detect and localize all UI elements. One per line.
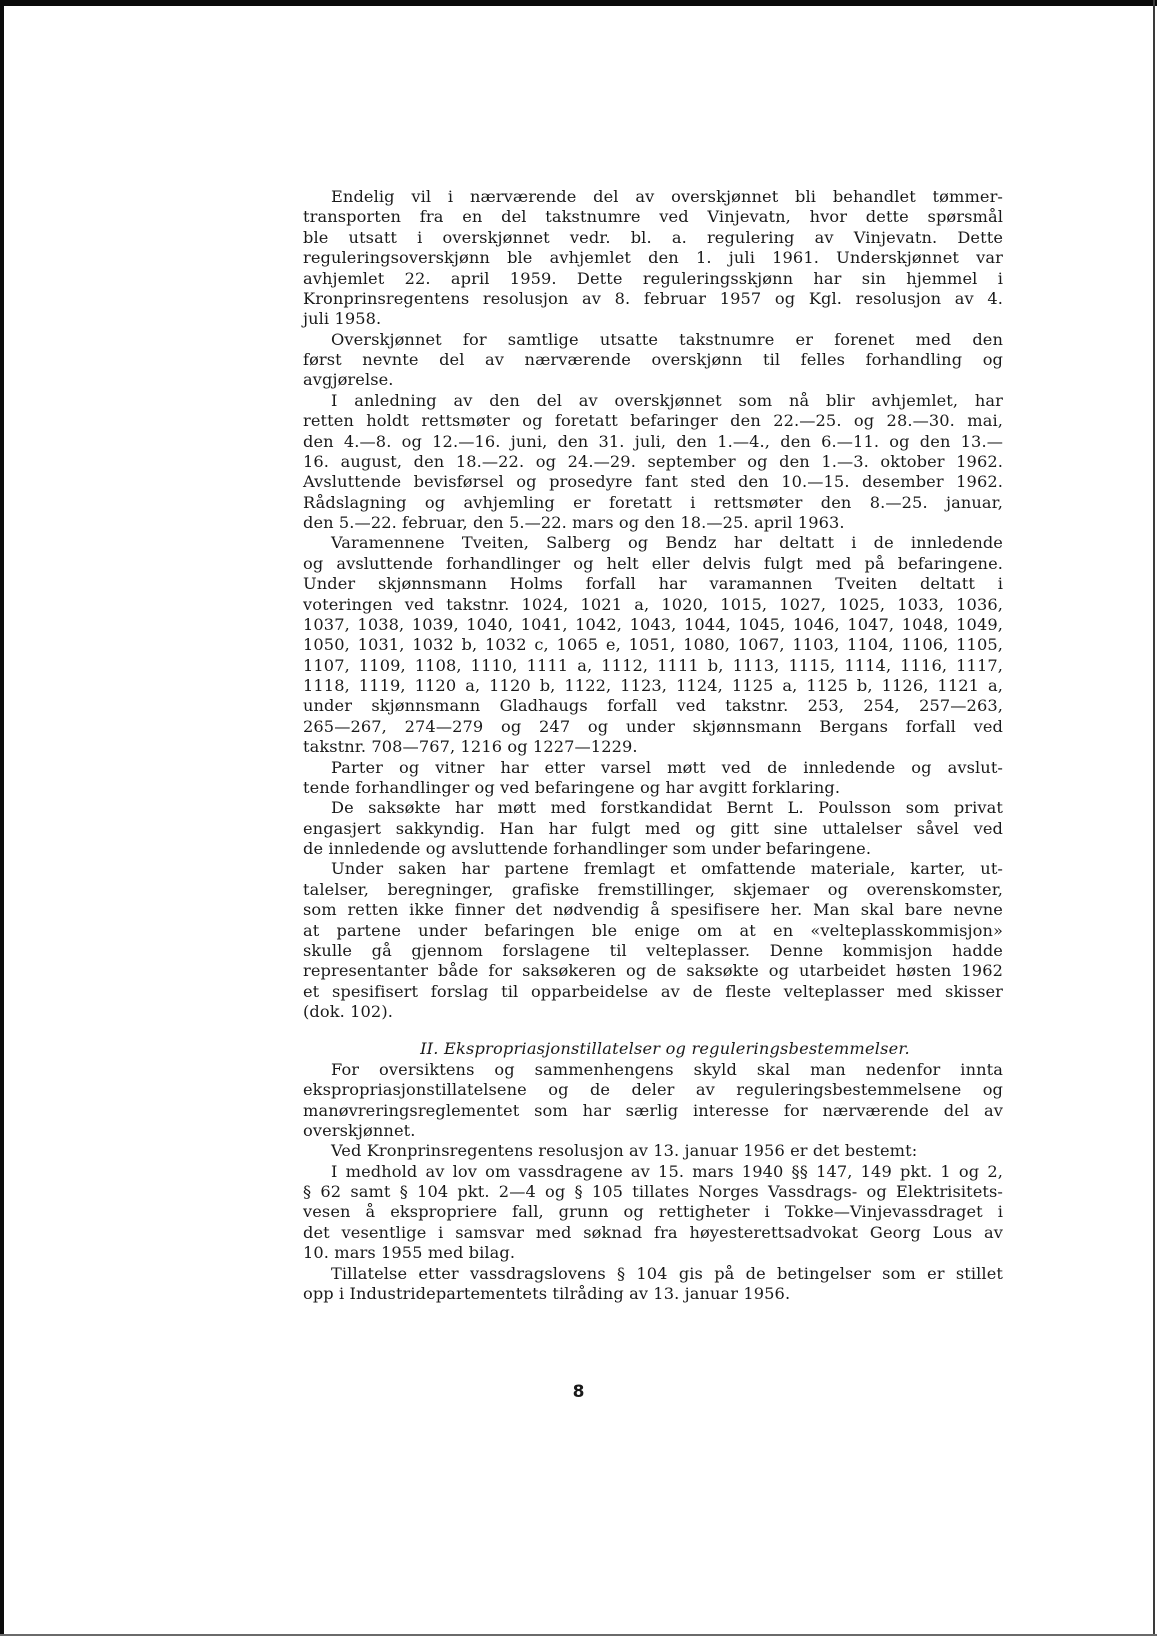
text-line: engasjert sakkyndig. Han har fulgt med o… — [303, 819, 1003, 839]
paragraph: Parter og vitner har etter varsel møtt v… — [303, 758, 1003, 799]
text-line: 1050, 1031, 1032 b, 1032 c, 1065 e, 1051… — [303, 635, 1003, 655]
text-line: de innledende og avsluttende forhandling… — [303, 839, 1003, 859]
paragraph: Tillatelse etter vassdragslovens § 104 g… — [303, 1264, 1003, 1305]
paragraph: Under saken har partene fremlagt et omfa… — [303, 859, 1003, 1022]
text-line: avgjørelse. — [303, 370, 1003, 390]
text-line: 1107, 1109, 1108, 1110, 1111 a, 1112, 11… — [303, 656, 1003, 676]
paragraph: I medhold av lov om vassdragene av 15. m… — [303, 1162, 1003, 1264]
page-number: 8 — [0, 1382, 1157, 1402]
text-line: 10. mars 1955 med bilag. — [303, 1243, 1003, 1263]
text-line: § 62 samt § 104 pkt. 2—4 og § 105 tillat… — [303, 1182, 1003, 1202]
text-line: avhjemlet 22. april 1959. Dette reguleri… — [303, 269, 1003, 289]
paragraph: Varamennene Tveiten, Salberg og Bendz ha… — [303, 533, 1003, 757]
text-line: overskjønnet. — [303, 1121, 1003, 1141]
text-line: Under saken har partene fremlagt et omfa… — [303, 859, 1003, 879]
scan-border-top — [0, 0, 1157, 6]
paragraph: Endelig vil i nærværende del av overskjø… — [303, 187, 1003, 330]
text-line: takstnr. 708—767, 1216 og 1227—1229. — [303, 737, 1003, 757]
text-line: vesen å ekspropriere fall, grunn og rett… — [303, 1202, 1003, 1222]
text-line: retten holdt rettsmøter og foretatt befa… — [303, 411, 1003, 431]
text-line: Under skjønnsmann Holms forfall har vara… — [303, 574, 1003, 594]
text-line: Varamennene Tveiten, Salberg og Bendz ha… — [303, 533, 1003, 553]
text-line: representanter både for saksøkeren og de… — [303, 961, 1003, 981]
text-line: 1118, 1119, 1120 a, 1120 b, 1122, 1123, … — [303, 676, 1003, 696]
text-line: juli 1958. — [303, 309, 1003, 329]
text-line: Overskjønnet for samtlige utsatte takstn… — [303, 330, 1003, 350]
text-line: opp i Industridepartementets tilråding a… — [303, 1284, 1003, 1304]
text-line: (dok. 102). — [303, 1002, 1003, 1022]
text-line: reguleringsoverskjønn ble avhjemlet den … — [303, 248, 1003, 268]
text-line: Tillatelse etter vassdragslovens § 104 g… — [303, 1264, 1003, 1284]
text-line: For oversiktens og sammenhengens skyld s… — [303, 1060, 1003, 1080]
text-line: ekspropriasjonstillatelsene og de deler … — [303, 1080, 1003, 1100]
text-line: Endelig vil i nærværende del av overskjø… — [303, 187, 1003, 207]
text-line: manøvreringsreglementet som har særlig i… — [303, 1101, 1003, 1121]
text-line: den 5.—22. februar, den 5.—22. mars og d… — [303, 513, 1003, 533]
text-line: skulle gå gjennom forslagene til veltepl… — [303, 941, 1003, 961]
text-line: som retten ikke finner det nødvendig å s… — [303, 900, 1003, 920]
text-line: transporten fra en del takstnumre ved Vi… — [303, 207, 1003, 227]
text-line: at partene under befaringen ble enige om… — [303, 921, 1003, 941]
paragraph: Ved Kronprinsregentens resolusjon av 13.… — [303, 1141, 1003, 1161]
text-line: talelser, beregninger, grafiske fremstil… — [303, 880, 1003, 900]
text-line: 1037, 1038, 1039, 1040, 1041, 1042, 1043… — [303, 615, 1003, 635]
paragraph: Overskjønnet for samtlige utsatte takstn… — [303, 330, 1003, 391]
text-line: 16. august, den 18.—22. og 24.—29. septe… — [303, 452, 1003, 472]
text-line: Parter og vitner har etter varsel møtt v… — [303, 758, 1003, 778]
text-line: tende forhandlinger og ved befaringene o… — [303, 778, 1003, 798]
text-line: voteringen ved takstnr. 1024, 1021 a, 10… — [303, 595, 1003, 615]
text-line: først nevnte del av nærværende overskjøn… — [303, 350, 1003, 370]
body-text-part2: For oversiktens og sammenhengens skyld s… — [303, 1060, 1003, 1305]
text-line: Avsluttende bevisførsel og prosedyre fan… — [303, 472, 1003, 492]
text-line: og avsluttende forhandlinger og helt ell… — [303, 554, 1003, 574]
text-line: under skjønnsmann Gladhaugs forfall ved … — [303, 696, 1003, 716]
text-line: Ved Kronprinsregentens resolusjon av 13.… — [303, 1141, 1003, 1161]
document-page: Endelig vil i nærværende del av overskjø… — [303, 187, 1003, 1304]
text-line: De saksøkte har møtt med forstkandidat B… — [303, 798, 1003, 818]
paragraph: De saksøkte har møtt med forstkandidat B… — [303, 798, 1003, 859]
text-line: I medhold av lov om vassdragene av 15. m… — [303, 1162, 1003, 1182]
paragraph: I anledning av den del av overskjønnet s… — [303, 391, 1003, 534]
text-line: ble utsatt i overskjønnet vedr. bl. a. r… — [303, 228, 1003, 248]
text-line: Rådslagning og avhjemling er foretatt i … — [303, 493, 1003, 513]
text-line: den 4.—8. og 12.—16. juni, den 31. juli,… — [303, 432, 1003, 452]
body-text-part1: Endelig vil i nærværende del av overskjø… — [303, 187, 1003, 1022]
text-line: det vesentlige i samsvar med søknad fra … — [303, 1223, 1003, 1243]
text-line: et spesifisert forslag til opparbeidelse… — [303, 982, 1003, 1002]
paragraph: For oversiktens og sammenhengens skyld s… — [303, 1060, 1003, 1142]
text-line: 265—267, 274—279 og 247 og under skjønns… — [303, 717, 1003, 737]
text-line: Kronprinsregentens resolusjon av 8. febr… — [303, 289, 1003, 309]
section-heading: II. Ekspropriasjonstillatelser og regule… — [303, 1039, 1003, 1059]
text-line: I anledning av den del av overskjønnet s… — [303, 391, 1003, 411]
